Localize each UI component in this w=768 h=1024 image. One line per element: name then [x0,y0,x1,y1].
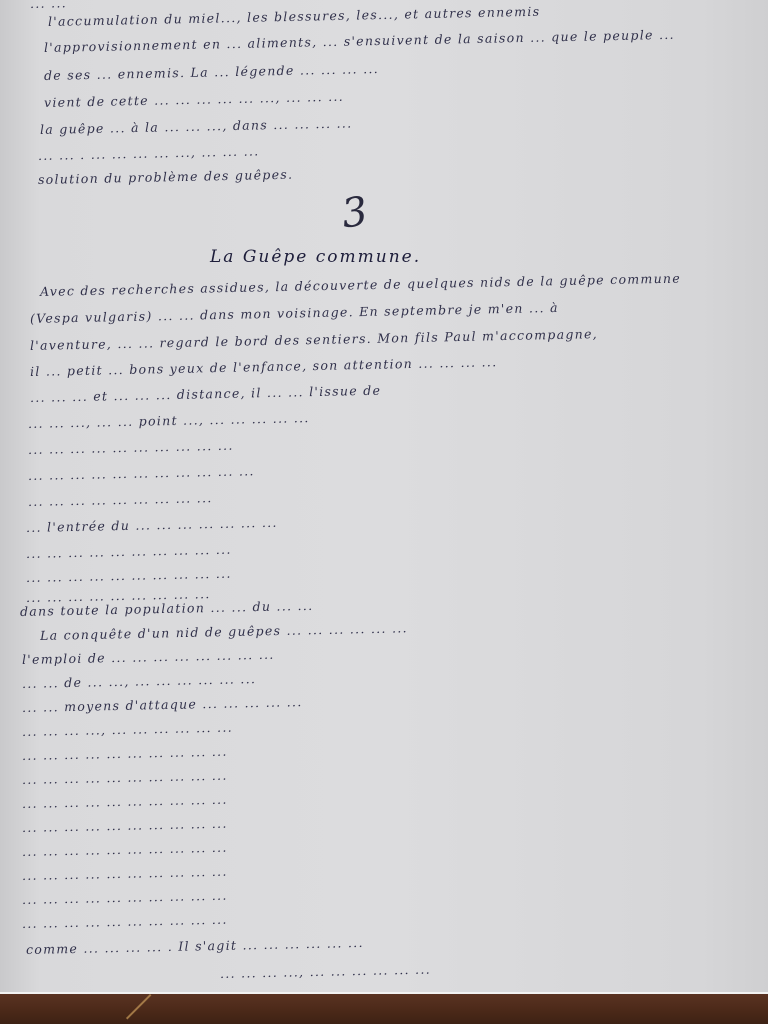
text-line: ... ... ... ... ... ... ... ... ... ... [26,542,232,561]
text-line: solution du problème des guêpes. [38,167,294,187]
text-line: ... ... moyens d'attaque ... ... ... ...… [22,694,303,715]
text-line: ... ... ... ... ... ... ... ... ... ... … [28,463,255,483]
text-line: ... ... [30,0,67,11]
text-line: ... ... ... ... ... ... ... ... ... ... [22,744,228,763]
text-line: ... ... ... ... ... ... ... ... ... ... [22,912,228,931]
text-line: ... ... ... ... ... ... ... ... ... ... [22,864,228,883]
text-line: ... ... ..., ... ... point ..., ... ... … [28,410,310,431]
text-line: ... ... ... ... ... ... ... ... ... [28,490,213,509]
text-line: (Vespa vulgaris) ... ... dans mon voisin… [30,300,559,326]
manuscript-page: ... ... l'accumulation du miel..., les b… [0,0,768,992]
page-title: La Guêpe commune. [210,247,421,267]
text-line: Avec des recherches assidues, la découve… [40,271,681,299]
text-line: ... ... ... ... ... ... ... ... ... ... [22,840,228,859]
text-line: ... ... ... ... ... ... ... ... ... ... [22,792,228,811]
text-line: ... ... ... ... ... ... ... ... ... ... [22,888,228,907]
text-line: l'aventure, ... ... regard le bord des s… [30,326,598,353]
wooden-desk [0,994,768,1024]
text-line: il ... petit ... bons yeux de l'enfance,… [30,354,498,379]
text-line: ... ... ... ... ... ... ... ... ... ... [28,438,234,457]
text-line: ... ... ... ... ... ... ... ... ... ... [26,566,232,585]
text-line: ... ... ... ... ... ... ... ... ... ... [22,768,228,787]
text-line: l'emploi de ... ... ... ... ... ... ... … [22,647,275,667]
text-line: ... ... ... ..., ... ... ... ... ... ... [22,720,233,739]
text-line: ... ... ... et ... ... ... distance, il … [30,383,382,405]
text-line: de ses ... ennemis. La ... légende ... .… [44,61,379,83]
text-line: ... ... de ... ..., ... ... ... ... ... … [22,671,256,691]
section-number: 3 [339,188,371,237]
text-line: comme ... ... ... ... . Il s'agit ... ..… [26,935,364,957]
text-line: ... l'entrée du ... ... ... ... ... ... … [26,515,278,535]
text-line: la guêpe ... à la ... ... ..., dans ... … [40,115,353,137]
text-line: ... ... ... ... ... ... ... ... ... ... [22,816,228,835]
text-line: La conquête d'un nid de guêpes ... ... .… [40,620,408,643]
text-line: vient de cette ... ... ... ... ... ..., … [44,89,344,110]
text-line: l'approvisionnement en ... aliments, ...… [44,27,675,55]
text-line: ... ... . ... ... ... ... ..., ... ... .… [38,143,260,163]
text-line: l'accumulation du miel..., les blessures… [48,4,541,29]
text-line: ... ... ... ..., ... ... ... ... ... ... [220,962,431,981]
